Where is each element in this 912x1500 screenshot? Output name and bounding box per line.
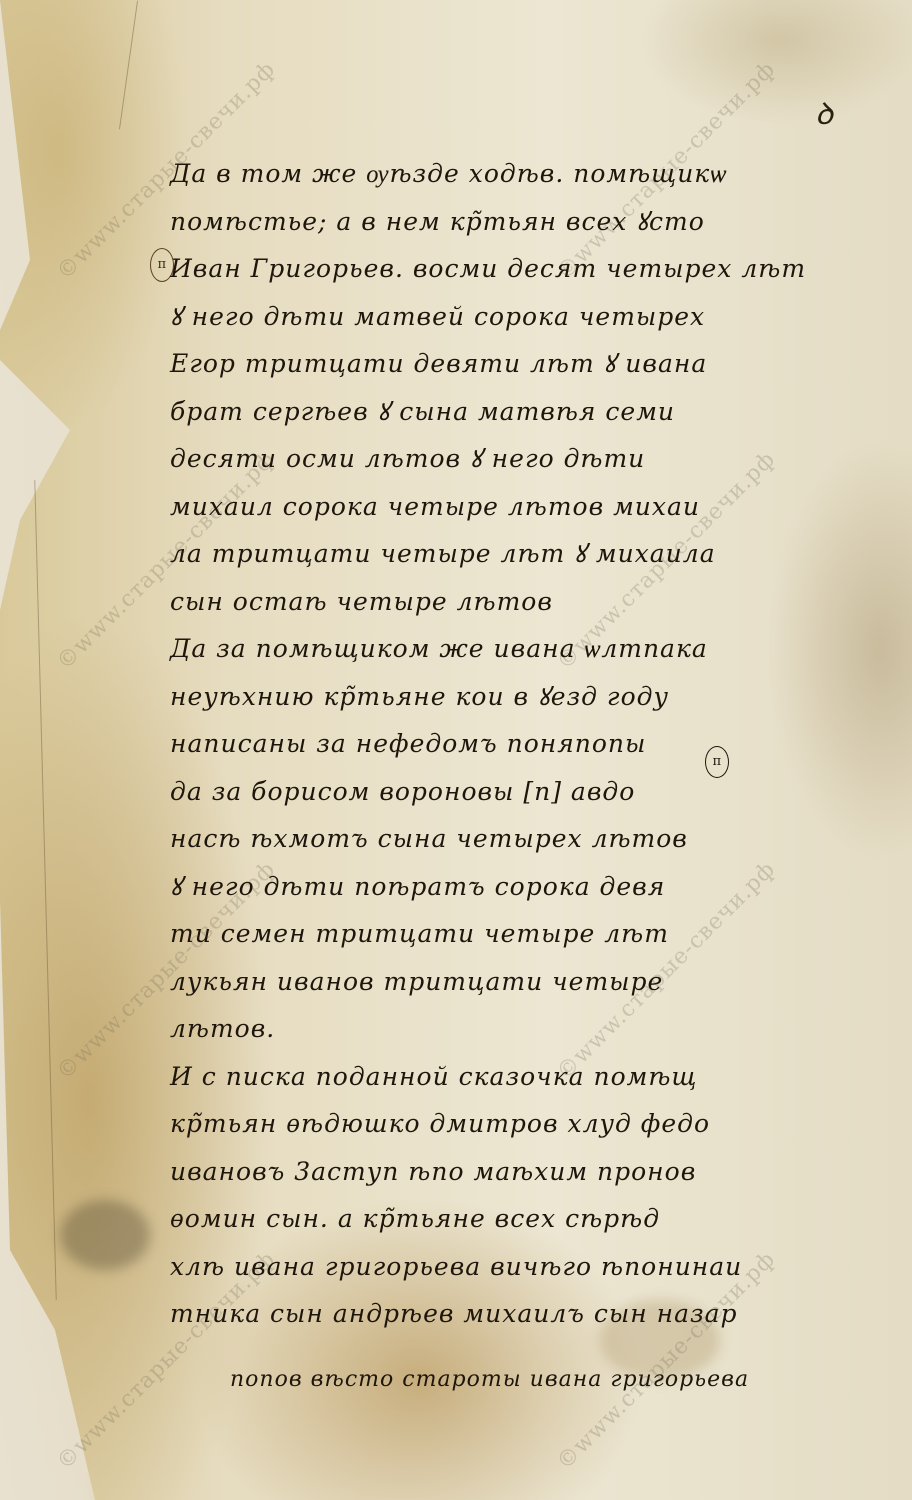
text-line: хлѣ ивана григорьева вичѣго ѣпонинаи [170,1243,890,1291]
text-line: ꙋ него дѣти матвей сорока четырех [170,293,890,341]
text-line: Да за помѣщиком же ивана ѡлтпака [170,625,890,673]
paper-crease [119,1,138,130]
torn-left-edge [0,0,140,1500]
text-line: кр̃тьян ѳѣдюшко дмитров хлуд федо [170,1100,890,1148]
text-line: ивановъ 3аступ ѣпо маѣхим пронов [170,1148,890,1196]
manuscript-page: ©www.старые-свечи.рф ©www.старые-свечи.р… [0,0,912,1500]
text-line: написаны за нефедомъ поняпопы [170,720,890,768]
text-line: неуѣхнию кр̃тьяне кои в ꙋезд году [170,673,890,721]
text-line: да за борисом вороновы [п] авдо [170,768,890,816]
text-line: Да в том же ѹѣзде ходѣв. помѣщикѡ [170,150,890,198]
text-line: Иван Григорьев. восми десят четырех лѣт [170,245,890,293]
text-line: ꙋ него дѣти поѣратъ сорока девя [170,863,890,911]
text-line: тника сын андрѣев михаилъ сын назар [170,1290,890,1338]
text-line: Егор тритцати девяти лѣт ꙋ ивана [170,340,890,388]
folio-mark: ꝺ [815,92,833,133]
water-stain [60,1200,150,1270]
text-line: михаил сорока четыре лѣтов михаи [170,483,890,531]
text-line: лукьян иванов тритцати четыре [170,958,890,1006]
paper-crease [34,480,56,1300]
text-line: И с писка поданной сказочка помѣщ [170,1053,890,1101]
text-line: ла тритцати четыре лѣт ꙋ михаила [170,530,890,578]
text-line: попов вѣсто староты ивана григорьева [170,1356,890,1404]
manuscript-text: Да в том же ѹѣзде ходѣв. помѣщикѡ помѣст… [170,150,890,1403]
text-line: насѣ ѣхмотъ сына четырех лѣтов [170,815,890,863]
text-line: лѣтов. [170,1005,890,1053]
text-line: сын остаѣ четыре лѣтов [170,578,890,626]
text-line: ѳомин сын. а кр̃тьяне всех сѣрѣд [170,1195,890,1243]
text-line: десяти осми лѣтов ꙋ него дѣти [170,435,890,483]
text-line: ти семен тритцати четыре лѣт [170,910,890,958]
text-line: брат сергѣев ꙋ сына матвѣя семи [170,388,890,436]
text-line: помѣстье; а в нем кр̃тьян всех ꙋсто [170,198,890,246]
